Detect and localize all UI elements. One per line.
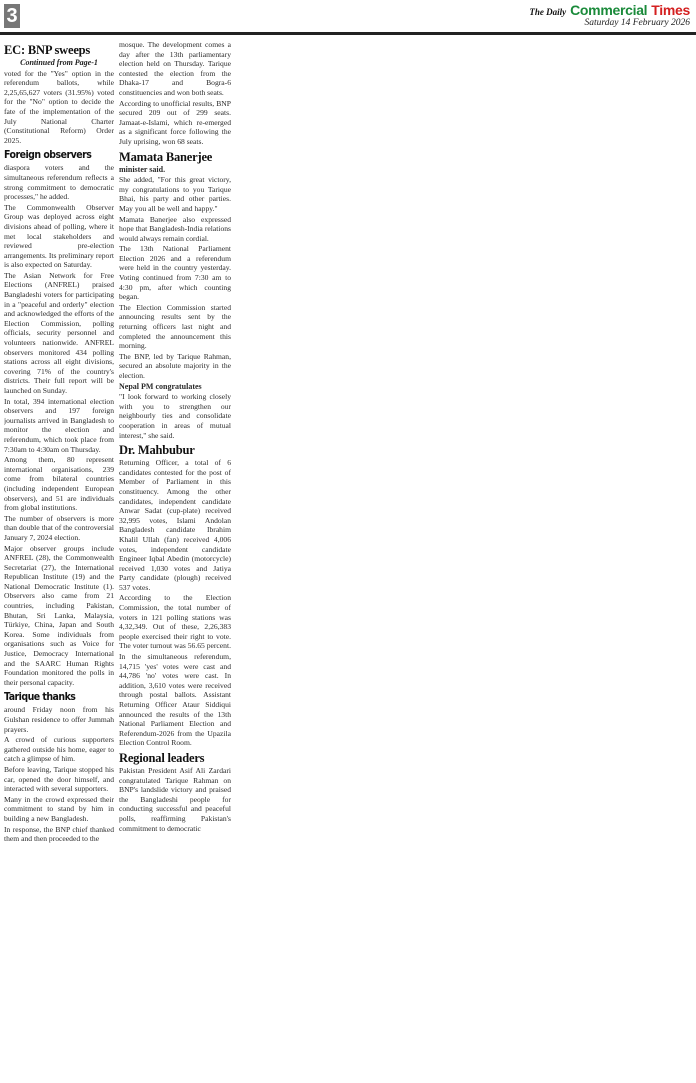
column-1: EC: BNP sweeps Continued from Page-1 vot… [4,40,114,1075]
paragraph: Many in the crowd expressed their commit… [4,795,114,824]
paragraph: The 13th National Parliament Election 20… [119,244,231,302]
brand-suffix: Times [651,2,690,18]
paragraph: Mamata Banerjee also expressed hope that… [119,215,231,244]
paragraph: "I look forward to working closely with … [119,392,231,440]
paragraph: The Asian Network for Free Elections (AN… [4,271,114,396]
paragraph: diaspora voters and the simultaneous ref… [4,163,114,201]
issue-date: Saturday 14 February 2026 [585,18,690,28]
paragraph: The Election Commission started announci… [119,303,231,351]
paragraph: around Friday noon from his Gulshan resi… [4,705,114,734]
paragraph: The number of observers is more than dou… [4,514,114,543]
paragraph: According to the Election Commission, th… [119,593,231,651]
headline-regional-leaders: Regional leaders [119,751,231,765]
headline-dr-mahbubur: Dr. Mahbubur [119,443,231,457]
paragraph: The Commonwealth Observer Group was depl… [4,203,114,270]
headline-ec-bnp-sweeps: EC: BNP sweeps [4,43,114,57]
column-2: mosque. The development comes a day afte… [119,40,231,1075]
headline-tarique-thanks: Tarique thanks [4,690,103,704]
paragraph: voted for the "Yes" option in the refere… [4,69,114,146]
paragraph: Major observer groups include ANFREL (28… [4,544,114,688]
masthead: 3 The Daily Commercial Times Saturday 14… [0,0,696,32]
headline-foreign-observers: Foreign observers [4,148,103,162]
continued-note: Continued from Page-1 [4,58,114,68]
paragraph: In total, 394 international election obs… [4,397,114,455]
paragraph: mosque. The development comes a day afte… [119,40,231,98]
column-4-text [352,40,466,1075]
paragraph: According to unofficial results, BNP sec… [119,99,231,147]
subhead: minister said. [119,165,231,175]
paragraph: Pakistan President Asif Ali Zardari cong… [119,766,231,833]
page-number: 3 [4,4,20,28]
paragraph: Returning Officer, a total of 6 candidat… [119,458,231,592]
paragraph: The BNP, led by Tarique Rahman, secured … [119,352,231,381]
headline-mamata-banerjee: Mamata Banerjee [119,150,231,164]
paragraph: Before leaving, Tarique stopped his car,… [4,765,114,794]
header-rule [0,32,696,35]
paragraph: Among them, 80 represent international o… [4,455,114,513]
paragraph: In response, the BNP chief thanked them … [4,825,114,844]
paragraph: She added, "For this great victory, my c… [119,175,231,213]
paragraph: In the simultaneous referendum, 14,715 '… [119,652,231,748]
brand-main: Commercial [570,2,647,18]
brand-prefix: The Daily [529,7,566,17]
paragraph: A crowd of curious supporters gathered o… [4,735,114,764]
subhead-nepal-pm: Nepal PM congratulates [119,382,231,392]
